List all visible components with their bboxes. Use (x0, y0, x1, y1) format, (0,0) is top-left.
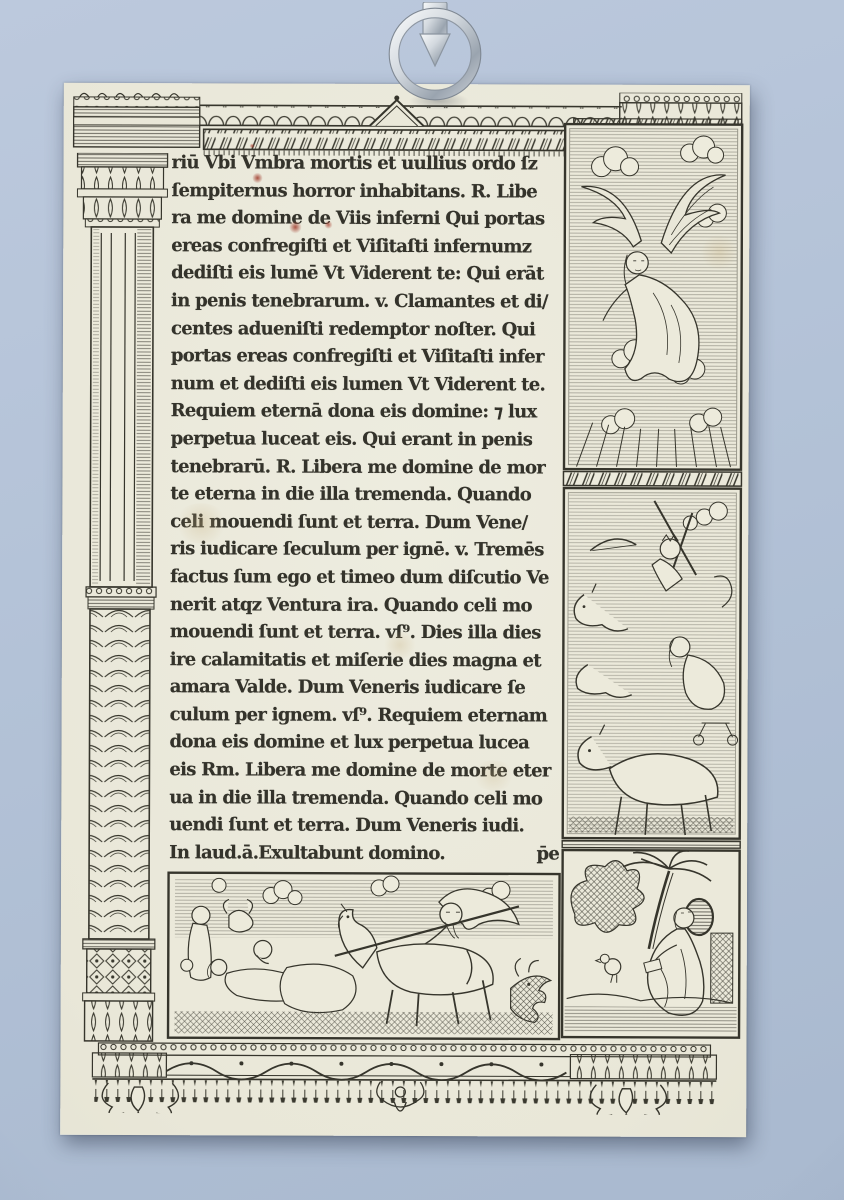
text-line: dediſti eis lumē Vt Viderent te: Qui erā… (171, 260, 565, 289)
left-border (72, 153, 169, 1045)
footer-line: In laud.ā.Exultabunt domino. p̄e (169, 839, 563, 868)
text-line: te eterna in die illa tremenda. Quando (170, 480, 564, 509)
text-line: mouendi ſunt et terra. vſ⁹. Dies illa di… (170, 618, 564, 647)
pilaster-border-woodcut (72, 153, 169, 1045)
photo-stage: riū Vbi Vmbra mortis et uullius ordo ſzſ… (0, 0, 844, 1200)
text-line: centes adueniſti redemptor noſter. Qui (171, 315, 565, 344)
text-line: ſempiternus horror inhabitans. R. Libe (171, 177, 565, 206)
text-line: factus ſum ego et timeo dum diſcutio Ve (170, 563, 564, 592)
text-lines: riū Vbi Vmbra mortis et uullius ordo ſzſ… (169, 149, 565, 840)
text-line: nerit atqz Ventura ira. Quando celi mo (170, 591, 564, 620)
text-line: portas ereas confregiſti et Viſitaſti in… (171, 342, 565, 371)
text-line: celi mouendi ſunt et terra. Dum Vene/ (170, 508, 564, 537)
hanging-ring (386, 2, 486, 106)
horsemen-panel (561, 487, 742, 841)
red-stain (252, 172, 262, 183)
haloed-saint-under-palm-woodcut (561, 849, 742, 1040)
bottom-scene-panel (167, 871, 562, 1040)
red-stain (289, 221, 301, 234)
manuscript-leaf: riū Vbi Vmbra mortis et uullius ordo ſzſ… (60, 83, 750, 1137)
text-line: riū Vbi Vmbra mortis et uullius ordo ſz (172, 149, 566, 178)
text-line: dona eis domine et lux perpetua lucea (169, 729, 563, 758)
foxing-spot (174, 503, 228, 543)
frieze-and-fringe-woodcut (68, 1041, 740, 1115)
text-line: amara Valde. Dum Veneris iudicare ſe (170, 673, 564, 702)
text-line: ris iudicare ſeculum per ignē. v. Tremēs (170, 535, 564, 564)
footer-rubric: In laud.ā.Exultabunt domino. (169, 839, 445, 868)
text-line: uendi ſunt et terra. Dum Veneris iudi. (169, 811, 563, 840)
hanging-ring-icon (386, 2, 486, 106)
bottom-border (68, 1041, 740, 1115)
foxing-spot (382, 632, 418, 658)
angel-panel (562, 123, 743, 472)
text-line: culum per ignem. vſ⁹. Requiem eternam (170, 701, 564, 730)
death-riding-over-figures-woodcut (167, 871, 562, 1040)
text-line: ra me domine de Viis inferni Qui portas (171, 204, 565, 233)
foxing-spot (699, 235, 739, 269)
text-line: ire calamitatis et miſerie dies magna et (170, 646, 564, 675)
angel-in-clouds-woodcut (562, 123, 743, 472)
text-line: in penis tenebrarum. v. Clamantes et di/ (171, 287, 565, 316)
saint-panel (561, 849, 742, 1040)
apocalyptic-horsemen-woodcut (561, 487, 742, 841)
red-stain (250, 143, 255, 148)
text-line: num et dediſti eis lumen Vt Viderent te. (171, 370, 565, 399)
panel-separator (562, 471, 742, 488)
text-line: ereas confregiſti et Viſitaſti infernumz (171, 232, 565, 261)
foxing-spot (471, 760, 515, 790)
red-stain (324, 221, 332, 229)
text-line: perpetua luceat eis. Qui erant in penis (171, 425, 565, 454)
catchword: p̄e (536, 840, 559, 868)
text-line: tenebrarū. R. Libera me domine de mor (170, 453, 564, 482)
text-line: Requiem eternā dona eis domine: ⁊ lux (171, 398, 565, 427)
